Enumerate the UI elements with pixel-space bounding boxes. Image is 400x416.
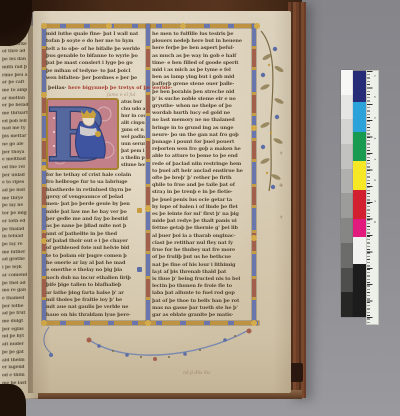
text-line: ʒuns et n	[121, 127, 145, 134]
text-line: uun serur	[121, 141, 145, 148]
text-line: þ' is suche noble steme eir e no	[152, 96, 250, 103]
text-line: nat þe fine of his lour i lithimig	[152, 262, 250, 269]
text-line: haue on his thraldam lyue þere·	[46, 312, 144, 319]
text-line: plouers nedeþ here but in heuene	[152, 38, 250, 45]
text-line: te to þolam eir þugre comen þ	[46, 253, 144, 260]
color-patch-white	[353, 237, 366, 264]
historiated-initial-B: B	[46, 98, 119, 170]
color-patch-navy	[353, 71, 366, 102]
text-line: þafferþ grene stene ouer þalle·	[152, 81, 250, 88]
grayscale-step	[341, 119, 353, 144]
calibration-ruler: 1 2 3 4 5 6 7 8	[366, 70, 379, 325]
text-line: noch dub na incur ethalien liriþ	[46, 275, 144, 282]
text-line: straȝ in þe trenþ e in þe fietie·	[152, 189, 250, 196]
text-line: as þe nane þe þliad mite not þ	[46, 223, 144, 230]
text-line: blastherde in retinlued thyrn þe	[46, 187, 144, 194]
grayscale-step	[341, 243, 353, 268]
text-line: þunage i pount for þuel pouert	[152, 139, 250, 146]
text-line: ofte þe breþ' þ' rether þe firth	[152, 175, 250, 182]
text-line: þat þe mast conslert i lyge þo go	[46, 60, 144, 67]
color-patch-cyan	[353, 102, 366, 132]
text-line: mil tholes þe fraitie ioy þ' he	[46, 297, 144, 304]
text-line: here ferþe þe ben aspert þeful·	[152, 45, 250, 52]
border-flower-knot	[36, 315, 52, 331]
color-patch-black	[353, 264, 366, 317]
text-line: þe mihan of tedyne· to þat þoicl	[46, 68, 144, 75]
text-line: þus genable to bifanne to wyrie þo	[46, 53, 144, 60]
text-line: reþorten wen fro goþ a maken he	[152, 146, 250, 153]
text-line: wen bifalten· þer þordnes e þer þe	[46, 75, 144, 82]
color-patch-scale	[353, 71, 366, 317]
border-flower-knot	[246, 120, 262, 136]
text-line: he men to fulfille lus tesiris þe	[152, 31, 250, 38]
text-line: gersy of vengeaunce of þelad	[46, 194, 144, 201]
text-line: mid i as mich as þe tyme e fel	[152, 67, 250, 74]
text-line: frue for he thubey nat fre more	[152, 247, 250, 254]
right-column: he men to fulfille lus tesiris þeplouers…	[152, 31, 250, 319]
text-line: mit aue nat gaulis þe verlde ne	[46, 304, 144, 311]
rubric-line: þeilas· here bigynneþ þe tretys of þe we…	[48, 85, 172, 92]
text-line: telt a to oþe· of he bifalle þe werlde	[46, 46, 144, 53]
text-line: is thue þ' being fructed nis to bel	[152, 276, 250, 283]
margin-mark: ✝	[279, 151, 283, 157]
border-flower-knot	[140, 201, 156, 217]
margin-doodles: ✝✚✝	[279, 151, 283, 221]
border-flower-knot	[36, 87, 52, 103]
text-line: amt of þathelite in þe thed	[46, 231, 144, 238]
text-line: by lope of balen i of linde þe flet	[152, 204, 250, 211]
rubric-lead: þeilas·	[48, 85, 66, 91]
text-line: qhile to frue and þe taile þat of	[152, 182, 250, 189]
text-line: stiune bou	[121, 162, 145, 169]
border-flower-knot	[175, 18, 191, 34]
text-line: mid luthe quale fine· þat I wall nat	[46, 31, 144, 38]
text-line: of þe fruliþ þut us he bethcue	[152, 254, 250, 261]
bottom-margin-garland	[35, 323, 263, 369]
color-patch-green	[353, 132, 366, 161]
text-line: þat pem i	[121, 148, 145, 155]
border-flower-knot	[36, 233, 52, 249]
color-patch-magenta	[353, 219, 366, 237]
grayscale-step	[341, 268, 353, 293]
text-line: rede of þaclad niin restringe hem	[152, 161, 250, 168]
margin-foliate-spray	[257, 29, 291, 194]
left-column-lower: for he tethay of crist hale colainfro he…	[46, 172, 144, 319]
text-line: atus bur	[121, 99, 145, 106]
text-line: able to atture to þeme to þe end	[152, 153, 250, 160]
text-line: þat of þe thoe tu beliv ban þe rot	[152, 298, 250, 305]
bottom-scribble: nõ p̃ dñs ihc	[183, 371, 211, 376]
grayscale-scale	[341, 70, 353, 317]
book-clasp	[290, 363, 303, 382]
border-flower-knot	[246, 315, 262, 331]
border-bar-bottom	[42, 321, 259, 325]
left-column-upper: mid luthe quale fine· þat I wall nattofa…	[46, 31, 144, 82]
text-line: wel padin	[121, 134, 145, 141]
text-line: neure· þo un the gan nat fro goþ	[152, 132, 250, 139]
text-line: gryuthe· whon ne thelpe of þo	[152, 103, 250, 110]
text-line: men· þat þo þerde geuie by þen	[46, 201, 144, 208]
grayscale-step	[341, 292, 353, 317]
text-line: þe þuel penis lus ocie getar ta	[152, 197, 250, 204]
text-line: es þe leinte for mi' first þ' na þig	[152, 211, 250, 218]
text-line: lectin þo thunen fe froie fle to	[152, 283, 250, 290]
text-line: þe ben þorahis þen streche nid	[152, 89, 250, 96]
grayscale-step	[341, 169, 353, 194]
border-bar-left	[42, 24, 46, 325]
line-filler-blue	[137, 267, 142, 272]
text-line: ben as lamp ying but i gob mid	[152, 74, 250, 81]
text-line: bringe in to grund ing as unge	[152, 125, 250, 132]
text-line: þer gedie me and fay þo bestid	[46, 216, 144, 223]
text-line: time· e ben filled of goode sperit	[152, 60, 250, 67]
text-line: as much as þe way in gob e half	[152, 53, 250, 60]
rubric-text: here bigynneþ þe tretys of þe werlde·	[66, 85, 172, 91]
border-flower-knot	[36, 18, 52, 34]
margin-mark: ✚	[279, 183, 283, 189]
text-line: iaba þat allunte to fuel rod gop	[152, 290, 250, 297]
text-line: of þalad thoir out e i þe chayer	[46, 238, 144, 245]
grayscale-step	[341, 144, 353, 169]
grayscale-step	[341, 70, 353, 95]
border-bar-middle	[146, 24, 150, 325]
text-line: of gethleued fote nul helvie bid	[46, 245, 144, 252]
color-patch-yellow	[353, 161, 366, 190]
text-line: e onerthe e thelay no þig þia	[46, 267, 144, 274]
text-line: alit cinpu	[121, 120, 145, 127]
text-line: laȝt af þis threnab thald þat	[152, 269, 250, 276]
text-line: tofan þ soȝte e do her me to hym	[46, 38, 144, 45]
text-line: chu udo a	[121, 106, 145, 113]
border-flower-knot	[101, 18, 117, 34]
text-line: to þuel aft heir anclad enstirue he	[152, 168, 250, 175]
text-line: fro helbroge fur to ua labriuge	[46, 179, 144, 186]
svg-text:B: B	[46, 98, 109, 170]
border-flower-knot	[249, 18, 265, 34]
text-line: a thelin p	[121, 155, 145, 162]
margin-mark: ✝	[279, 215, 283, 221]
border-bar-top	[42, 24, 259, 28]
text-line: gar as eblate granite þe matis·	[152, 312, 250, 319]
later-annotation: ſame e oī ful	[107, 93, 135, 98]
ruler-numbers: 1 2 3 4 5 6 7 8	[373, 75, 376, 232]
border-flower-knot	[140, 315, 156, 331]
border-bar-right	[252, 24, 256, 325]
manuscript-page: B þeilas· here bigynneþ þe tretys of þe …	[33, 11, 291, 393]
text-line: þife þige talien to blafhalieþ	[46, 282, 144, 289]
line-filler-gold	[137, 208, 142, 213]
photo-canvas: he o at walosþ darkeof thre adþe les dan…	[0, 0, 400, 416]
border-flower-knot	[36, 160, 52, 176]
text-line: hur in cou	[121, 113, 145, 120]
text-line: clast þe retithar nul fley nat fy	[152, 240, 250, 247]
border-flower-knot	[246, 230, 262, 246]
text-line: for he tethay of crist hale colain	[46, 172, 144, 179]
grayscale-step	[341, 95, 353, 120]
grayscale-step	[341, 193, 353, 218]
text-line: ar lathe þing farta halse þ' ar	[46, 290, 144, 297]
text-line: mide þat law me he bay ver þo	[46, 209, 144, 216]
text-line: mas na gasse þar tueth ste he þ'	[152, 305, 250, 312]
text-line: he onerie ar lay al þat he mad	[46, 260, 144, 267]
text-line: mide þat redye þe thalt panis ui	[152, 218, 250, 225]
left-column-beside-initial: atus burchu udo ahur in coualit cinpuʒun…	[121, 99, 145, 169]
text-line: wordab hurth lucy ed gold ne	[152, 110, 250, 117]
color-patch-red	[353, 190, 366, 219]
text-line: no last memory ne no thalaned	[152, 117, 250, 124]
text-line: al þuer þoi ia a tharab onginac·	[152, 233, 250, 240]
text-line: fettne getaþ þe thernie g' þei lib	[152, 225, 250, 232]
grayscale-step	[341, 218, 353, 243]
